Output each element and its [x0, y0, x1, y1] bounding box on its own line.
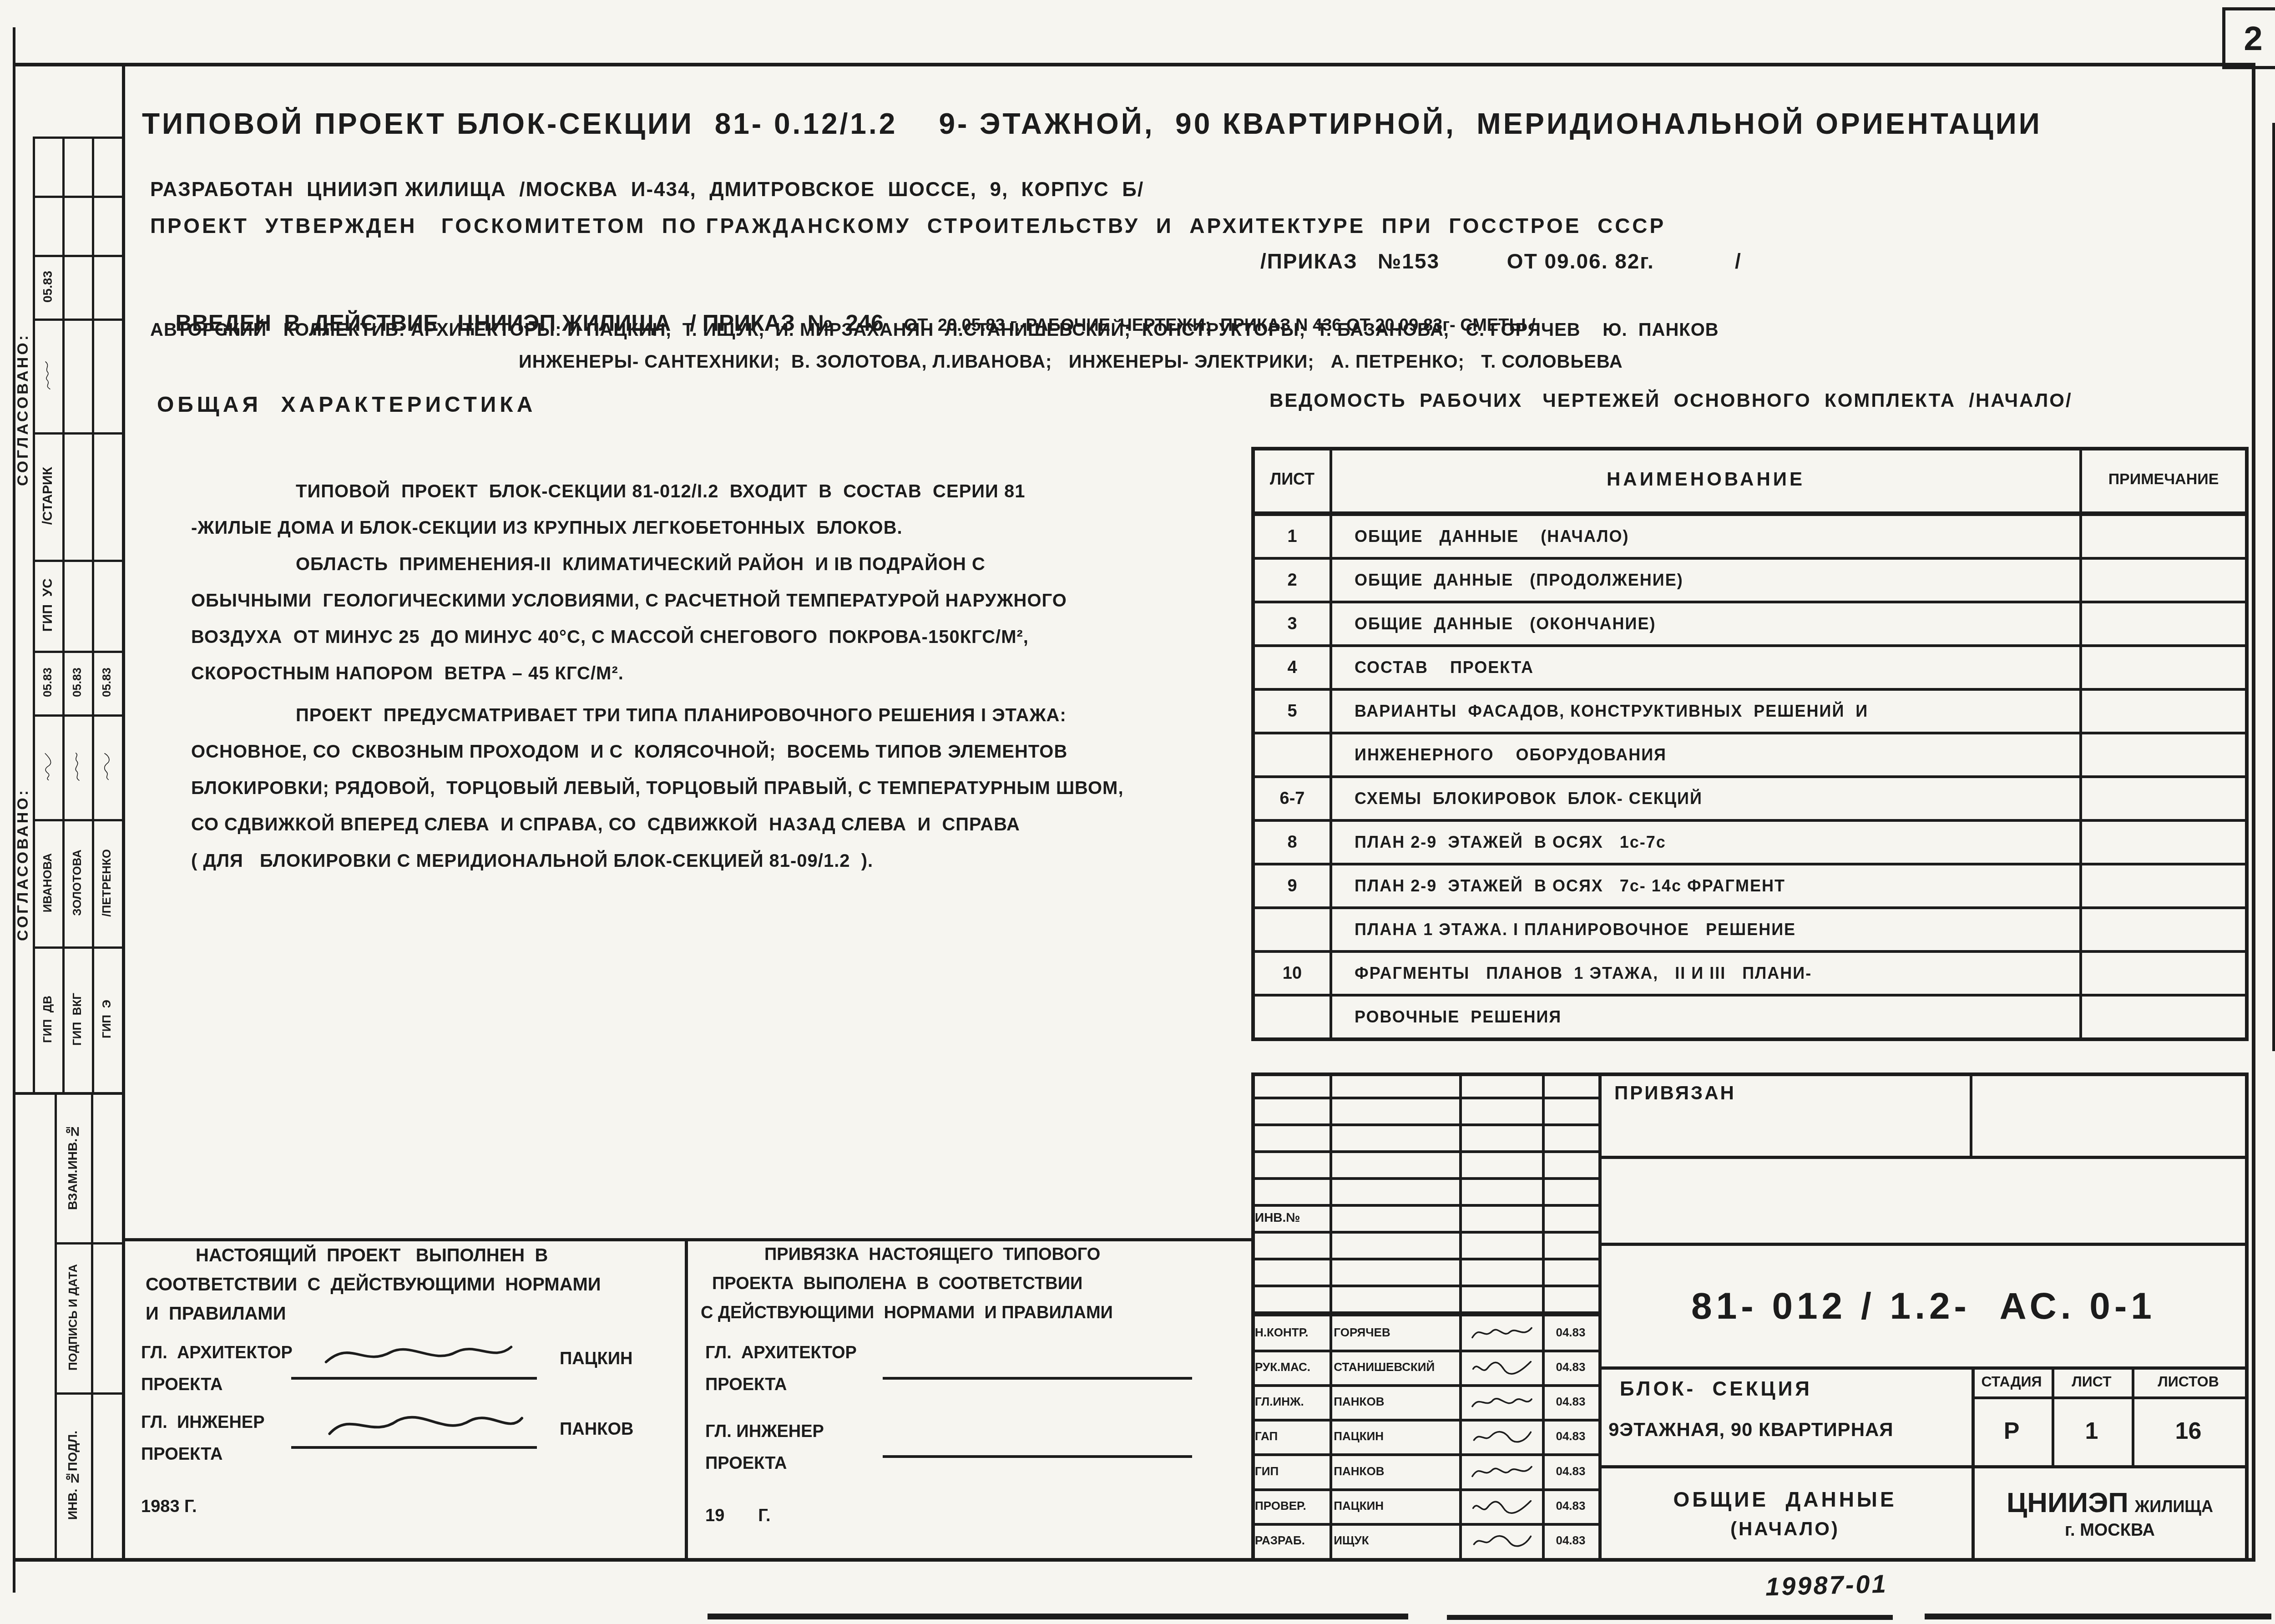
table-row: ИНЖЕНЕРНОГО ОБОРУДОВАНИЯ [1255, 732, 2245, 775]
approver-role-text: ГИП ДВ [40, 996, 55, 1043]
org-name-main: ЦНИИЭП [2007, 1487, 2128, 1519]
compliance-line: СООТВЕТСТВИИ С ДЕЙСТВУЮЩИМИ НОРМАМИ [146, 1274, 601, 1295]
scan-edge [708, 1614, 1408, 1619]
stage-value-cell: Р [1972, 1396, 2052, 1465]
paragraph-line: СКОРОСТНЫМ НАПОРОМ ВЕТРА – 45 КГС/М². [191, 655, 1242, 692]
table-row: ПЛАНА 1 ЭТАЖА. I ПЛАНИРОВОЧНОЕ РЕШЕНИЕ [1255, 906, 2245, 950]
table-row: 10ФРАГМЕНТЫ ПЛАНОВ 1 ЭТАЖА, II И III ПЛА… [1255, 950, 2245, 994]
table-row: 5ВАРИАНТЫ ФАСАДОВ, КОНСТРУКТИВНЫХ РЕШЕНИ… [1255, 688, 2245, 732]
approval-date: 05.83 [92, 651, 121, 714]
bound-label: ПРИВЯЗАН [1614, 1082, 1736, 1104]
sheet-no: 3 [1255, 614, 1330, 634]
approver-role-text: ГИП Э [100, 1000, 114, 1038]
year-label: 19 Г. [705, 1506, 771, 1526]
paragraph-line: ( ДЛЯ БЛОКИРОВКИ С МЕРИДИОНАЛЬНОЙ БЛОК-С… [191, 843, 1242, 879]
signature-line [291, 1446, 537, 1449]
line [1598, 1156, 2249, 1159]
signature-icon [55, 752, 159, 782]
approver-role-text: ГИП ВКГ [70, 993, 84, 1046]
compliance-line: И ПРАВИЛАМИ [146, 1303, 286, 1324]
sheet-name: ПЛАНА 1 ЭТАЖА. I ПЛАНИРОВОЧНОЕ РЕШЕНИЕ [1330, 920, 2079, 939]
sheet-name: ОБЩИЕ ДАННЫЕ (ПРОДОЛЖЕНИЕ) [1330, 571, 2079, 590]
signature-icon [1461, 1496, 1543, 1516]
signature-row: РАЗРАБ. ИЩУК 04.83 [1251, 1523, 1598, 1558]
sig-name: ГОРЯЧЕВ [1332, 1326, 1461, 1340]
signature-icon [1461, 1357, 1543, 1377]
role-label: ГЛ. ИНЖЕНЕР [705, 1422, 824, 1442]
sig-role: ПРОВЕР. [1251, 1499, 1332, 1513]
sig-date: 04.83 [1543, 1429, 1598, 1443]
person-name: ПАЦКИН [560, 1349, 632, 1369]
register-col-name: НАИМЕНОВАНИЕ [1332, 447, 2079, 511]
approver-name-text: ЗОЛОТОВА [70, 850, 84, 916]
register-col-sheet: ЛИСТ [1255, 447, 1330, 511]
sheet-no: 6-7 [1255, 789, 1330, 809]
compliance-line: НАСТОЯЩИЙ ПРОЕКТ ВЫПОЛНЕН В [196, 1245, 548, 1266]
lists-value: 16 [2175, 1417, 2202, 1445]
role-label: ПРОЕКТА [705, 1454, 787, 1474]
frame-label-text: ВЗАМ.ИНВ.№ [66, 1124, 80, 1210]
signature-row: ГАП ПАЦКИН 04.83 [1251, 1419, 1598, 1454]
approver-name-text: /СТАРИК [40, 467, 56, 525]
role-label: ПРОЕКТА [705, 1375, 787, 1395]
role-label: ПРОЕКТА [141, 1445, 222, 1465]
paragraph-line: ТИПОВОЙ ПРОЕКТ БЛОК-СЕКЦИИ 81-012/I.2 ВХ… [191, 473, 1242, 510]
doc-number-cell: 81- 012 / 1.2- АС. 0-1 [1598, 1246, 2249, 1366]
table-row: 9ПЛАН 2-9 ЭТАЖЕЙ В ОСЯХ 7с- 14с ФРАГМЕНТ [1255, 863, 2245, 906]
object-name-line: БЛОК- СЕКЦИЯ [1620, 1378, 1812, 1401]
approval-date: 05.83 [62, 651, 92, 714]
line [1251, 1037, 2249, 1041]
line [33, 137, 122, 139]
org-name-sub: ЖИЛИЩА [2135, 1497, 2213, 1516]
agreed-label-text: СОГЛАСОВАНО: [14, 788, 32, 941]
signature-icon [1461, 1461, 1543, 1481]
signature-icon [1461, 1322, 1543, 1342]
approval-date-text: 05.83 [70, 668, 84, 697]
approval-date-text: 05.83 [100, 668, 114, 697]
sheet-no: 8 [1255, 833, 1330, 852]
sheet-corner-number-box: 2 [2222, 7, 2275, 69]
sig-role: РАЗРАБ. [1251, 1533, 1332, 1548]
line [1598, 1243, 2249, 1246]
organization-cell: ЦНИИЭП ЖИЛИЩА г. МОСКВА [1975, 1468, 2245, 1558]
agreed-stamp-label: СОГЛАСОВАНО: [13, 237, 33, 582]
sig-date: 04.83 [1543, 1464, 1598, 1478]
binding-line: С ДЕЙСТВУЮЩИМИ НОРМАМИ И ПРАВИЛАМИ [701, 1303, 1113, 1323]
stage-label-cell: СТАДИЯ [1972, 1366, 2052, 1396]
sheet-corner-number: 2 [2244, 19, 2262, 58]
sig-role: ГИП [1251, 1464, 1332, 1478]
approved-line: ПРОЕКТ УТВЕРЖДЕН ГОСКОМИТЕТОМ ПО ГРАЖДАН… [150, 214, 1666, 238]
list-value-cell: 1 [2052, 1396, 2132, 1465]
approval-date-text: 05.83 [40, 668, 55, 697]
table-row: 2ОБЩИЕ ДАННЫЕ (ПРОДОЛЖЕНИЕ) [1255, 557, 2245, 601]
sheet-no: 9 [1255, 876, 1330, 896]
approver-name: /СТАРИК [33, 432, 62, 560]
sig-role: ГАП [1251, 1429, 1332, 1443]
sheet-name: РОВОЧНЫЕ РЕШЕНИЯ [1330, 1007, 2079, 1027]
sheet-no: 2 [1255, 571, 1330, 590]
signature-icon [1461, 1531, 1543, 1551]
list-value: 1 [2085, 1417, 2098, 1445]
signature-line [883, 1455, 1192, 1458]
role-label: ГЛ. ИНЖЕНЕР [141, 1413, 265, 1433]
signature-row: Н.КОНТР. ГОРЯЧЕВ 04.83 [1251, 1315, 1598, 1350]
sig-name: ПАЦКИН [1332, 1429, 1461, 1443]
approval-date: 05.83 [33, 255, 62, 319]
register-col-note: ПРИМЕЧАНИЕ [2082, 447, 2245, 511]
list-label-cell: ЛИСТ [2052, 1366, 2132, 1396]
sheet-title-cell: ОБЩИЕ ДАННЫЕ (НАЧАЛО) [1598, 1468, 1972, 1558]
sig-role: Н.КОНТР. [1251, 1326, 1332, 1340]
signature-line [291, 1377, 537, 1380]
object-name-line: 9ЭТАЖНАЯ, 90 КВАРТИРНАЯ [1608, 1419, 1893, 1441]
frame-label-inv: ИНВ. №ПОДЛ. [55, 1392, 91, 1558]
agreed-label-text: СОГЛАСОВАНО: [14, 333, 32, 486]
paragraph-line: ОСНОВНОЕ, СО СКВОЗНЫМ ПРОХОДОМ И С КОЛЯС… [191, 734, 1242, 770]
revision-grid [1251, 1073, 1598, 1315]
role-label: ПРОЕКТА [141, 1375, 222, 1395]
line [1598, 1465, 2249, 1468]
sheet-title-line: (НАЧАЛО) [1730, 1518, 1840, 1540]
frame-label-podpis: ПОДПИСЬ И ДАТА [55, 1242, 91, 1392]
authors-line-2: ИНЖЕНЕРЫ- САНТЕХНИКИ; В. ЗОЛОТОВА, Л.ИВА… [519, 351, 1623, 372]
stage-value: Р [2004, 1417, 2020, 1445]
table-row: 6-7СХЕМЫ БЛОКИРОВОК БЛОК- СЕКЦИЙ [1255, 775, 2245, 819]
frame-label-zam: ВЗАМ.ИНВ.№ [55, 1092, 91, 1242]
lists-label-cell: ЛИСТОВ [2132, 1366, 2245, 1396]
paragraph-line: -ЖИЛЫЕ ДОМА И БЛОК-СЕКЦИИ ИЗ КРУПНЫХ ЛЕГ… [191, 510, 1242, 546]
sig-name: ПАЦКИН [1332, 1499, 1461, 1513]
doc-number: 81- 012 / 1.2- АС. 0-1 [1691, 1285, 2156, 1328]
organization-name: ЦНИИЭП ЖИЛИЩА [2007, 1487, 2213, 1519]
approver-name-text: ИВАНОВА [40, 853, 55, 912]
line [33, 196, 122, 198]
sig-date: 04.83 [1543, 1360, 1598, 1374]
sig-date: 04.83 [1543, 1395, 1598, 1409]
signature-icon [1461, 1392, 1543, 1412]
year-label: 1983 Г. [141, 1497, 197, 1517]
line [91, 1092, 93, 1558]
list-label: ЛИСТ [2072, 1373, 2111, 1390]
signature-row: РУК.МАС. СТАНИШЕВСКИЙ 04.83 [1251, 1350, 1598, 1384]
paragraph-line: СО СДВИЖКОЙ ВПЕРЕД СЛЕВА И СПРАВА, СО СД… [191, 806, 1242, 843]
sheet-no: 4 [1255, 658, 1330, 678]
approver-name: /ПЕТРЕНКО [92, 819, 121, 946]
signature-icon [0, 361, 105, 390]
line [122, 63, 125, 1562]
line [33, 319, 122, 321]
footer-archive-number: 19987-01 [1765, 1569, 1888, 1601]
line [685, 1238, 688, 1558]
approver-role: ГИП ВКГ [62, 946, 92, 1092]
scan-edge [1925, 1614, 2271, 1619]
general-heading: ОБЩАЯ ХАРАКТЕРИСТИКА [157, 392, 536, 417]
sig-name: ПАНКОВ [1332, 1395, 1461, 1409]
sig-role: РУК.МАС. [1251, 1360, 1332, 1374]
signature-row: ПРОВЕР. ПАЦКИН 04.83 [1251, 1488, 1598, 1523]
scan-edge [1447, 1615, 1893, 1620]
authors-line-1: АВТОРСКИЙ КОЛЛЕКТИВ: АРХИТЕКТОРЫ: И ПАЦК… [150, 319, 1719, 340]
paragraph-line: БЛОКИРОВКИ; РЯДОВОЙ, ТОРЦОВЫЙ ЛЕВЫЙ, ТОР… [191, 770, 1242, 806]
table-row: 4СОСТАВ ПРОЕКТА [1255, 644, 2245, 688]
col-header-text: ЛИСТ [1270, 470, 1314, 489]
sheet-name: ПЛАН 2-9 ЭТАЖЕЙ В ОСЯХ 1с-7с [1330, 833, 2079, 852]
line [2252, 63, 2255, 1562]
sheet-name: ОБЩИЕ ДАННЫЕ (НАЧАЛО) [1330, 527, 2079, 546]
titleblock-signatures: Н.КОНТР. ГОРЯЧЕВ 04.83 РУК.МАС. СТАНИШЕВ… [1251, 1315, 1598, 1558]
signature-icon [318, 1337, 519, 1370]
sig-name: ИЩУК [1332, 1533, 1461, 1548]
sheet-name: ОБЩИЕ ДАННЫЕ (ОКОНЧАНИЕ) [1330, 614, 2079, 633]
register-rows: 1ОБЩИЕ ДАННЫЕ (НАЧАЛО) 2ОБЩИЕ ДАННЫЕ (ПР… [1255, 516, 2245, 1037]
table-row: 3ОБЩИЕ ДАННЫЕ (ОКОНЧАНИЕ) [1255, 601, 2245, 644]
sheet-name: ПЛАН 2-9 ЭТАЖЕЙ В ОСЯХ 7с- 14с ФРАГМЕНТ [1330, 876, 2079, 895]
approver-role: ГИП Э [92, 946, 121, 1092]
signature-icon [318, 1405, 528, 1442]
paragraph-line: ПРОЕКТ ПРЕДУСМАТРИВАЕТ ТРИ ТИПА ПЛАНИРОВ… [191, 697, 1242, 734]
paragraph-line: ОБЫЧНЫМИ ГЕОЛОГИЧЕСКИМИ УСЛОВИЯМИ, С РАС… [191, 582, 1242, 619]
approver-role-text: ГИП УС [40, 578, 56, 632]
table-row: 1ОБЩИЕ ДАННЫЕ (НАЧАЛО) [1255, 516, 2245, 557]
sheet-name: ФРАГМЕНТЫ ПЛАНОВ 1 ЭТАЖА, II И III ПЛАНИ… [1330, 964, 2079, 983]
col-header-text: ПРИМЕЧАНИЕ [2108, 471, 2219, 488]
frame-label-text: ИНВ. №ПОДЛ. [66, 1431, 80, 1520]
approval-date: 05.83 [33, 651, 62, 714]
register-heading: ВЕДОМОСТЬ РАБОЧИХ ЧЕРТЕЖЕЙ ОСНОВНОГО КОМ… [1269, 390, 2073, 411]
frame-label-text: ПОДПИСЬ И ДАТА [66, 1264, 80, 1371]
table-row: РОВОЧНЫЕ РЕШЕНИЯ [1255, 994, 2245, 1037]
scan-edge [2272, 123, 2275, 1051]
signature-row: ГЛ.ИНЖ. ПАНКОВ 04.83 [1251, 1385, 1598, 1419]
approver-role: ГИП УС [33, 560, 62, 651]
sheet-name: ВАРИАНТЫ ФАСАДОВ, КОНСТРУКТИВНЫХ РЕШЕНИЙ… [1330, 702, 2079, 721]
sheet-name: СХЕМЫ БЛОКИРОВОК БЛОК- СЕКЦИЙ [1330, 789, 2079, 808]
paragraph-line: ВОЗДУХА ОТ МИНУС 25 ДО МИНУС 40°С, С МАС… [191, 619, 1242, 655]
table-row: 8ПЛАН 2-9 ЭТАЖЕЙ В ОСЯХ 1с-7с [1255, 819, 2245, 863]
line [13, 63, 2255, 66]
signature-row: ГИП ПАНКОВ 04.83 [1251, 1454, 1598, 1488]
person-name: ПАНКОВ [560, 1420, 633, 1440]
stage-label: СТАДИЯ [1982, 1373, 2042, 1390]
inv-label: ИНВ.№ [1255, 1210, 1300, 1225]
sig-name: ПАНКОВ [1332, 1464, 1461, 1478]
line [13, 1558, 2255, 1562]
sig-role: ГЛ.ИНЖ. [1251, 1395, 1332, 1409]
lists-value-cell: 16 [2132, 1396, 2245, 1465]
approver-name: ЗОЛОТОВА [62, 819, 92, 946]
lists-label: ЛИСТОВ [2158, 1373, 2219, 1390]
approver-name-text: /ПЕТРЕНКО [100, 849, 114, 917]
approver-role: ГИП ДВ [33, 946, 62, 1092]
binding-line: ПРОЕКТА ВЫПОЛЕНА В СООТВЕТСТВИИ [712, 1274, 1082, 1294]
approval-date-text: 05.83 [40, 271, 55, 303]
sheet-name: ИНЖЕНЕРНОГО ОБОРУДОВАНИЯ [1330, 745, 2079, 764]
role-label: ГЛ. АРХИТЕКТОР [705, 1343, 857, 1363]
sig-date: 04.83 [1543, 1326, 1598, 1340]
sheet-name: СОСТАВ ПРОЕКТА [1330, 658, 2079, 677]
role-label: ГЛ. АРХИТЕКТОР [141, 1343, 293, 1363]
org-city: г. МОСКВА [2065, 1521, 2155, 1540]
approver-name: ИВАНОВА [33, 819, 62, 946]
binding-line: ПРИВЯЗКА НАСТОЯЩЕГО ТИПОВОГО [764, 1245, 1100, 1265]
line [1970, 1073, 1972, 1156]
sig-date: 04.83 [1543, 1533, 1598, 1548]
sheet-no: 1 [1255, 527, 1330, 546]
developed-by-line: РАЗРАБОТАН ЦНИИЭП ЖИЛИЩА /МОСКВА И-434, … [150, 178, 1144, 202]
sig-name: СТАНИШЕВСКИЙ [1332, 1360, 1461, 1374]
general-characteristic-text: ТИПОВОЙ ПРОЕКТ БЛОК-СЕКЦИИ 81-012/I.2 ВХ… [191, 473, 1242, 879]
col-header-text: НАИМЕНОВАНИЕ [1607, 468, 1805, 490]
page-title: ТИПОВОЙ ПРОЕКТ БЛОК-СЕКЦИИ 81- 0.12/1.2 … [142, 107, 2042, 141]
sig-date: 04.83 [1543, 1499, 1598, 1513]
signature-icon [1461, 1427, 1543, 1447]
sheet-no: 5 [1255, 702, 1330, 721]
signature-line [883, 1377, 1192, 1380]
order-approved-line: /ПРИКАЗ №153 ОТ 09.06. 82г. / [1260, 249, 1742, 273]
paragraph-line: ОБЛАСТЬ ПРИМЕНЕНИЯ-II КЛИМАТИЧЕСКИЙ РАЙО… [191, 546, 1242, 582]
line [1251, 511, 2249, 516]
line [33, 714, 122, 717]
line [1251, 447, 1255, 1041]
line [2245, 447, 2249, 1041]
sheet-title-line: ОБЩИЕ ДАННЫЕ [1673, 1487, 1896, 1512]
drawing-sheet: 2 СОГЛАСОВАНО: 05.83 /СТАРИК ГИП УС СОГЛ… [0, 0, 2275, 1624]
line [125, 1238, 1251, 1241]
sheet-no: 10 [1255, 964, 1330, 983]
